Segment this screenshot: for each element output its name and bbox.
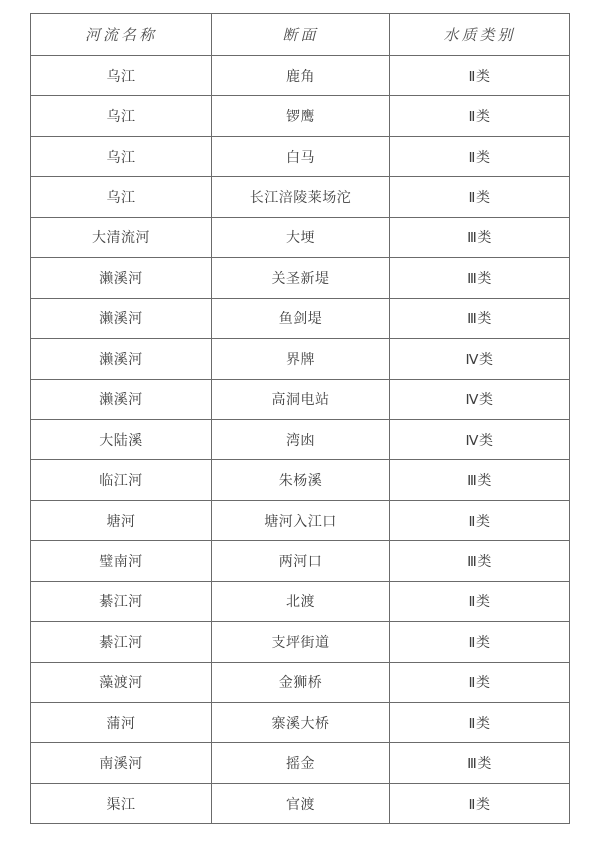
class-cell: Ⅱ类 [390,622,570,662]
water-quality-table: 河流名称 断面 水质类别 乌江鹿角Ⅱ类乌江锣鹰Ⅱ类乌江白马Ⅱ类乌江长江涪陵莱场沱… [30,13,570,824]
river-cell: 乌江 [31,56,212,96]
section-cell: 界牌 [212,339,390,379]
class-cell: Ⅱ类 [390,581,570,621]
class-cell: Ⅱ类 [390,662,570,702]
table-row: 綦江河北渡Ⅱ类 [31,581,570,621]
table-row: 藻渡河金狮桥Ⅱ类 [31,662,570,702]
table-row: 临江河朱杨溪Ⅲ类 [31,460,570,500]
river-cell: 濑溪河 [31,379,212,419]
table-row: 乌江长江涪陵莱场沱Ⅱ类 [31,177,570,217]
class-cell: Ⅳ类 [390,379,570,419]
table-row: 乌江锣鹰Ⅱ类 [31,96,570,136]
class-cell: Ⅳ类 [390,339,570,379]
class-cell: Ⅳ类 [390,419,570,459]
section-cell: 高洞电站 [212,379,390,419]
header-river-name: 河流名称 [31,14,212,56]
table-row: 濑溪河高洞电站Ⅳ类 [31,379,570,419]
section-cell: 两河口 [212,541,390,581]
table-row: 大清流河大埂Ⅲ类 [31,217,570,257]
river-cell: 渠江 [31,783,212,823]
section-cell: 鹿角 [212,56,390,96]
table-row: 乌江鹿角Ⅱ类 [31,56,570,96]
river-cell: 塘河 [31,500,212,540]
class-cell: Ⅱ类 [390,56,570,96]
class-cell: Ⅱ类 [390,177,570,217]
table-row: 塘河塘河入江口Ⅱ类 [31,500,570,540]
header-section: 断面 [212,14,390,56]
section-cell: 关圣新堤 [212,258,390,298]
river-cell: 璧南河 [31,541,212,581]
section-cell: 鱼剑堤 [212,298,390,338]
class-cell: Ⅲ类 [390,298,570,338]
water-quality-table-container: 河流名称 断面 水质类别 乌江鹿角Ⅱ类乌江锣鹰Ⅱ类乌江白马Ⅱ类乌江长江涪陵莱场沱… [30,13,569,824]
river-cell: 乌江 [31,96,212,136]
class-cell: Ⅱ类 [390,96,570,136]
table-row: 濑溪河关圣新堤Ⅲ类 [31,258,570,298]
class-cell: Ⅲ类 [390,258,570,298]
header-row: 河流名称 断面 水质类别 [31,14,570,56]
section-cell: 湾凼 [212,419,390,459]
river-cell: 蒲河 [31,703,212,743]
table-row: 璧南河两河口Ⅲ类 [31,541,570,581]
class-cell: Ⅱ类 [390,136,570,176]
section-cell: 锣鹰 [212,96,390,136]
river-cell: 綦江河 [31,581,212,621]
section-cell: 金狮桥 [212,662,390,702]
class-cell: Ⅱ类 [390,783,570,823]
section-cell: 长江涪陵莱场沱 [212,177,390,217]
river-cell: 藻渡河 [31,662,212,702]
river-cell: 乌江 [31,177,212,217]
section-cell: 寨溪大桥 [212,703,390,743]
river-cell: 濑溪河 [31,339,212,379]
river-cell: 濑溪河 [31,258,212,298]
table-row: 大陆溪湾凼Ⅳ类 [31,419,570,459]
document-page: 河流名称 断面 水质类别 乌江鹿角Ⅱ类乌江锣鹰Ⅱ类乌江白马Ⅱ类乌江长江涪陵莱场沱… [0,0,600,846]
table-row: 綦江河支坪街道Ⅱ类 [31,622,570,662]
table-row: 濑溪河鱼剑堤Ⅲ类 [31,298,570,338]
river-cell: 南溪河 [31,743,212,783]
class-cell: Ⅱ类 [390,500,570,540]
section-cell: 大埂 [212,217,390,257]
table-header: 河流名称 断面 水质类别 [31,14,570,56]
river-cell: 临江河 [31,460,212,500]
table-row: 乌江白马Ⅱ类 [31,136,570,176]
table-row: 濑溪河界牌Ⅳ类 [31,339,570,379]
class-cell: Ⅲ类 [390,743,570,783]
section-cell: 支坪街道 [212,622,390,662]
river-cell: 濑溪河 [31,298,212,338]
river-cell: 乌江 [31,136,212,176]
section-cell: 塘河入江口 [212,500,390,540]
table-row: 南溪河摇金Ⅲ类 [31,743,570,783]
class-cell: Ⅲ类 [390,217,570,257]
header-water-quality-class: 水质类别 [390,14,570,56]
river-cell: 大清流河 [31,217,212,257]
section-cell: 北渡 [212,581,390,621]
section-cell: 官渡 [212,783,390,823]
section-cell: 摇金 [212,743,390,783]
table-body: 乌江鹿角Ⅱ类乌江锣鹰Ⅱ类乌江白马Ⅱ类乌江长江涪陵莱场沱Ⅱ类大清流河大埂Ⅲ类濑溪河… [31,56,570,824]
table-row: 蒲河寨溪大桥Ⅱ类 [31,703,570,743]
river-cell: 綦江河 [31,622,212,662]
class-cell: Ⅱ类 [390,703,570,743]
section-cell: 朱杨溪 [212,460,390,500]
river-cell: 大陆溪 [31,419,212,459]
class-cell: Ⅲ类 [390,541,570,581]
class-cell: Ⅲ类 [390,460,570,500]
table-row: 渠江官渡Ⅱ类 [31,783,570,823]
section-cell: 白马 [212,136,390,176]
